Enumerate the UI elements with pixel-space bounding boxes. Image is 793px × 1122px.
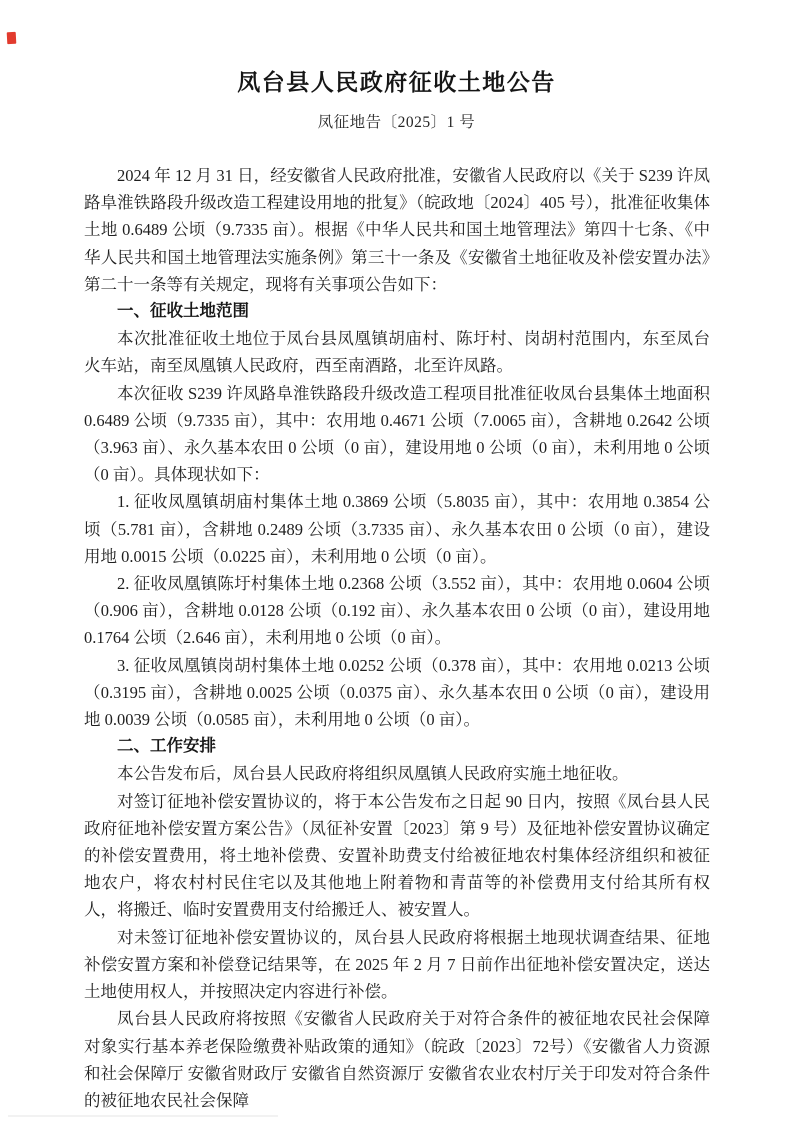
- paragraph-total-area: 本次征收 S239 许凤路阜淮铁路段升级改造工程项目批准征收凤台县集体土地面积 …: [84, 380, 710, 489]
- paragraph-village-chenxu: 2. 征收凤凰镇陈圩村集体土地 0.2368 公顷（3.552 亩），其中：农用…: [84, 570, 710, 652]
- paragraph-signed-agreement: 对签订征地补偿安置协议的，将于本公告发布之日起 90 日内，按照《凤台县人民政府…: [84, 788, 710, 924]
- document-body: 2024 年 12 月 31 日，经安徽省人民政府批准，安徽省人民政府以《关于 …: [84, 162, 710, 1114]
- document-number: 凤征地告〔2025〕1 号: [0, 110, 793, 132]
- paragraph-implementation: 本公告发布后，凤台县人民政府将组织凤凰镇人民政府实施土地征收。: [84, 760, 710, 787]
- paragraph-village-humiao: 1. 征收凤凰镇胡庙村集体土地 0.3869 公顷（5.8035 亩），其中：农…: [84, 488, 710, 570]
- paragraph-village-ganghu: 3. 征收凤凰镇岗胡村集体土地 0.0252 公顷（0.378 亩），其中：农用…: [84, 652, 710, 734]
- paragraph-approval-intro: 2024 年 12 月 31 日，经安徽省人民政府批准，安徽省人民政府以《关于 …: [84, 162, 710, 298]
- paragraph-social-security: 凤台县人民政府将按照《安徽省人民政府关于对符合条件的被征地农民社会保障对象实行基…: [84, 1005, 710, 1114]
- paragraph-unsigned-agreement: 对未签订征地补偿安置协议的，凤台县人民政府将根据土地现状调查结果、征地补偿安置方…: [84, 924, 710, 1006]
- section-heading-work-plan: 二、工作安排: [84, 733, 710, 760]
- red-stamp-mark: [7, 32, 17, 44]
- document-page: 凤台县人民政府征收土地公告 凤征地告〔2025〕1 号 2024 年 12 月 …: [0, 0, 793, 1122]
- document-title: 凤台县人民政府征收土地公告: [0, 0, 793, 97]
- section-heading-scope: 一、征收土地范围: [84, 298, 710, 325]
- paragraph-location: 本次批准征收土地位于凤台县凤凰镇胡庙村、陈圩村、岗胡村范围内，东至凤台火车站，南…: [84, 325, 710, 379]
- scan-artifact-line: [8, 1115, 278, 1117]
